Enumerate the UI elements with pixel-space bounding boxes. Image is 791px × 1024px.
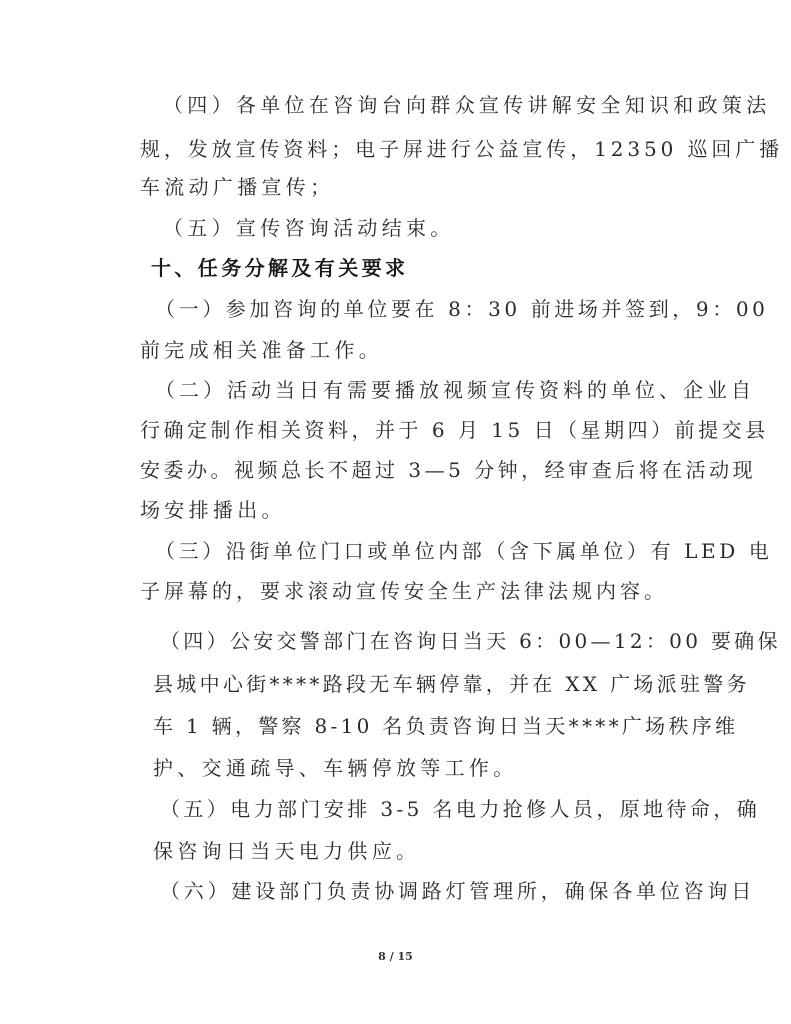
text-line-18: （五）电力部门安排 3-5 名电力抢修人员，原地待命，确 <box>160 797 760 821</box>
text-line-17: 护、交通疏导、车辆停放等工作。 <box>153 756 518 780</box>
text-line-6: （一）参加咨询的单位要在 8：30 前进场并签到，9：00 <box>155 297 768 321</box>
text-line-11: 场安排播出。 <box>140 498 286 522</box>
text-line-8: （二）活动当日有需要播放视频宣传资料的单位、企业自 <box>155 378 755 402</box>
text-line-16: 车 1 辆，警察 8-10 名负责咨询日当天****广场秩序维 <box>153 714 738 738</box>
section-heading: 十、任务分解及有关要求 <box>151 256 408 280</box>
text-line-19: 保咨询日当天电力供应。 <box>153 839 420 863</box>
text-line-4: （五）宣传咨询活动结束。 <box>163 216 455 240</box>
text-line-10: 安委办。视频总长不超过 3—5 分钟，经审查后将在活动现 <box>140 458 756 482</box>
text-line-7: 前完成相关准备工作。 <box>140 338 383 362</box>
text-line-2: 规，发放宣传资料；电子屏进行公益宣传，12350 巡回广播 <box>140 137 783 161</box>
page-number: 8 / 15 <box>0 950 791 963</box>
text-line-14: （四）公安交警部门在咨询日当天 6：00—12：00 要确保 <box>160 629 781 653</box>
text-line-1: （四）各单位在咨询台向群众宣传讲解安全知识和政策法 <box>163 93 771 117</box>
text-line-9: 行确定制作相关资料，并于 6 月 15 日（星期四）前提交县 <box>140 418 769 442</box>
text-line-20: （六）建设部门负责协调路灯管理所，确保各单位咨询日 <box>160 879 755 903</box>
document-page: （四）各单位在咨询台向群众宣传讲解安全知识和政策法 规，发放宣传资料；电子屏进行… <box>0 0 791 1024</box>
text-line-12: （三）沿街单位门口或单位内部（含下属单位）有 LED 电 <box>155 539 772 563</box>
text-line-13: 子屏幕的，要求滚动宣传安全生产法律法规内容。 <box>140 579 668 603</box>
text-line-15: 县城中心街****路段无车辆停靠，并在 XX 广场派驻警务 <box>153 672 750 696</box>
text-line-3: 车流动广播宣传； <box>140 175 334 199</box>
